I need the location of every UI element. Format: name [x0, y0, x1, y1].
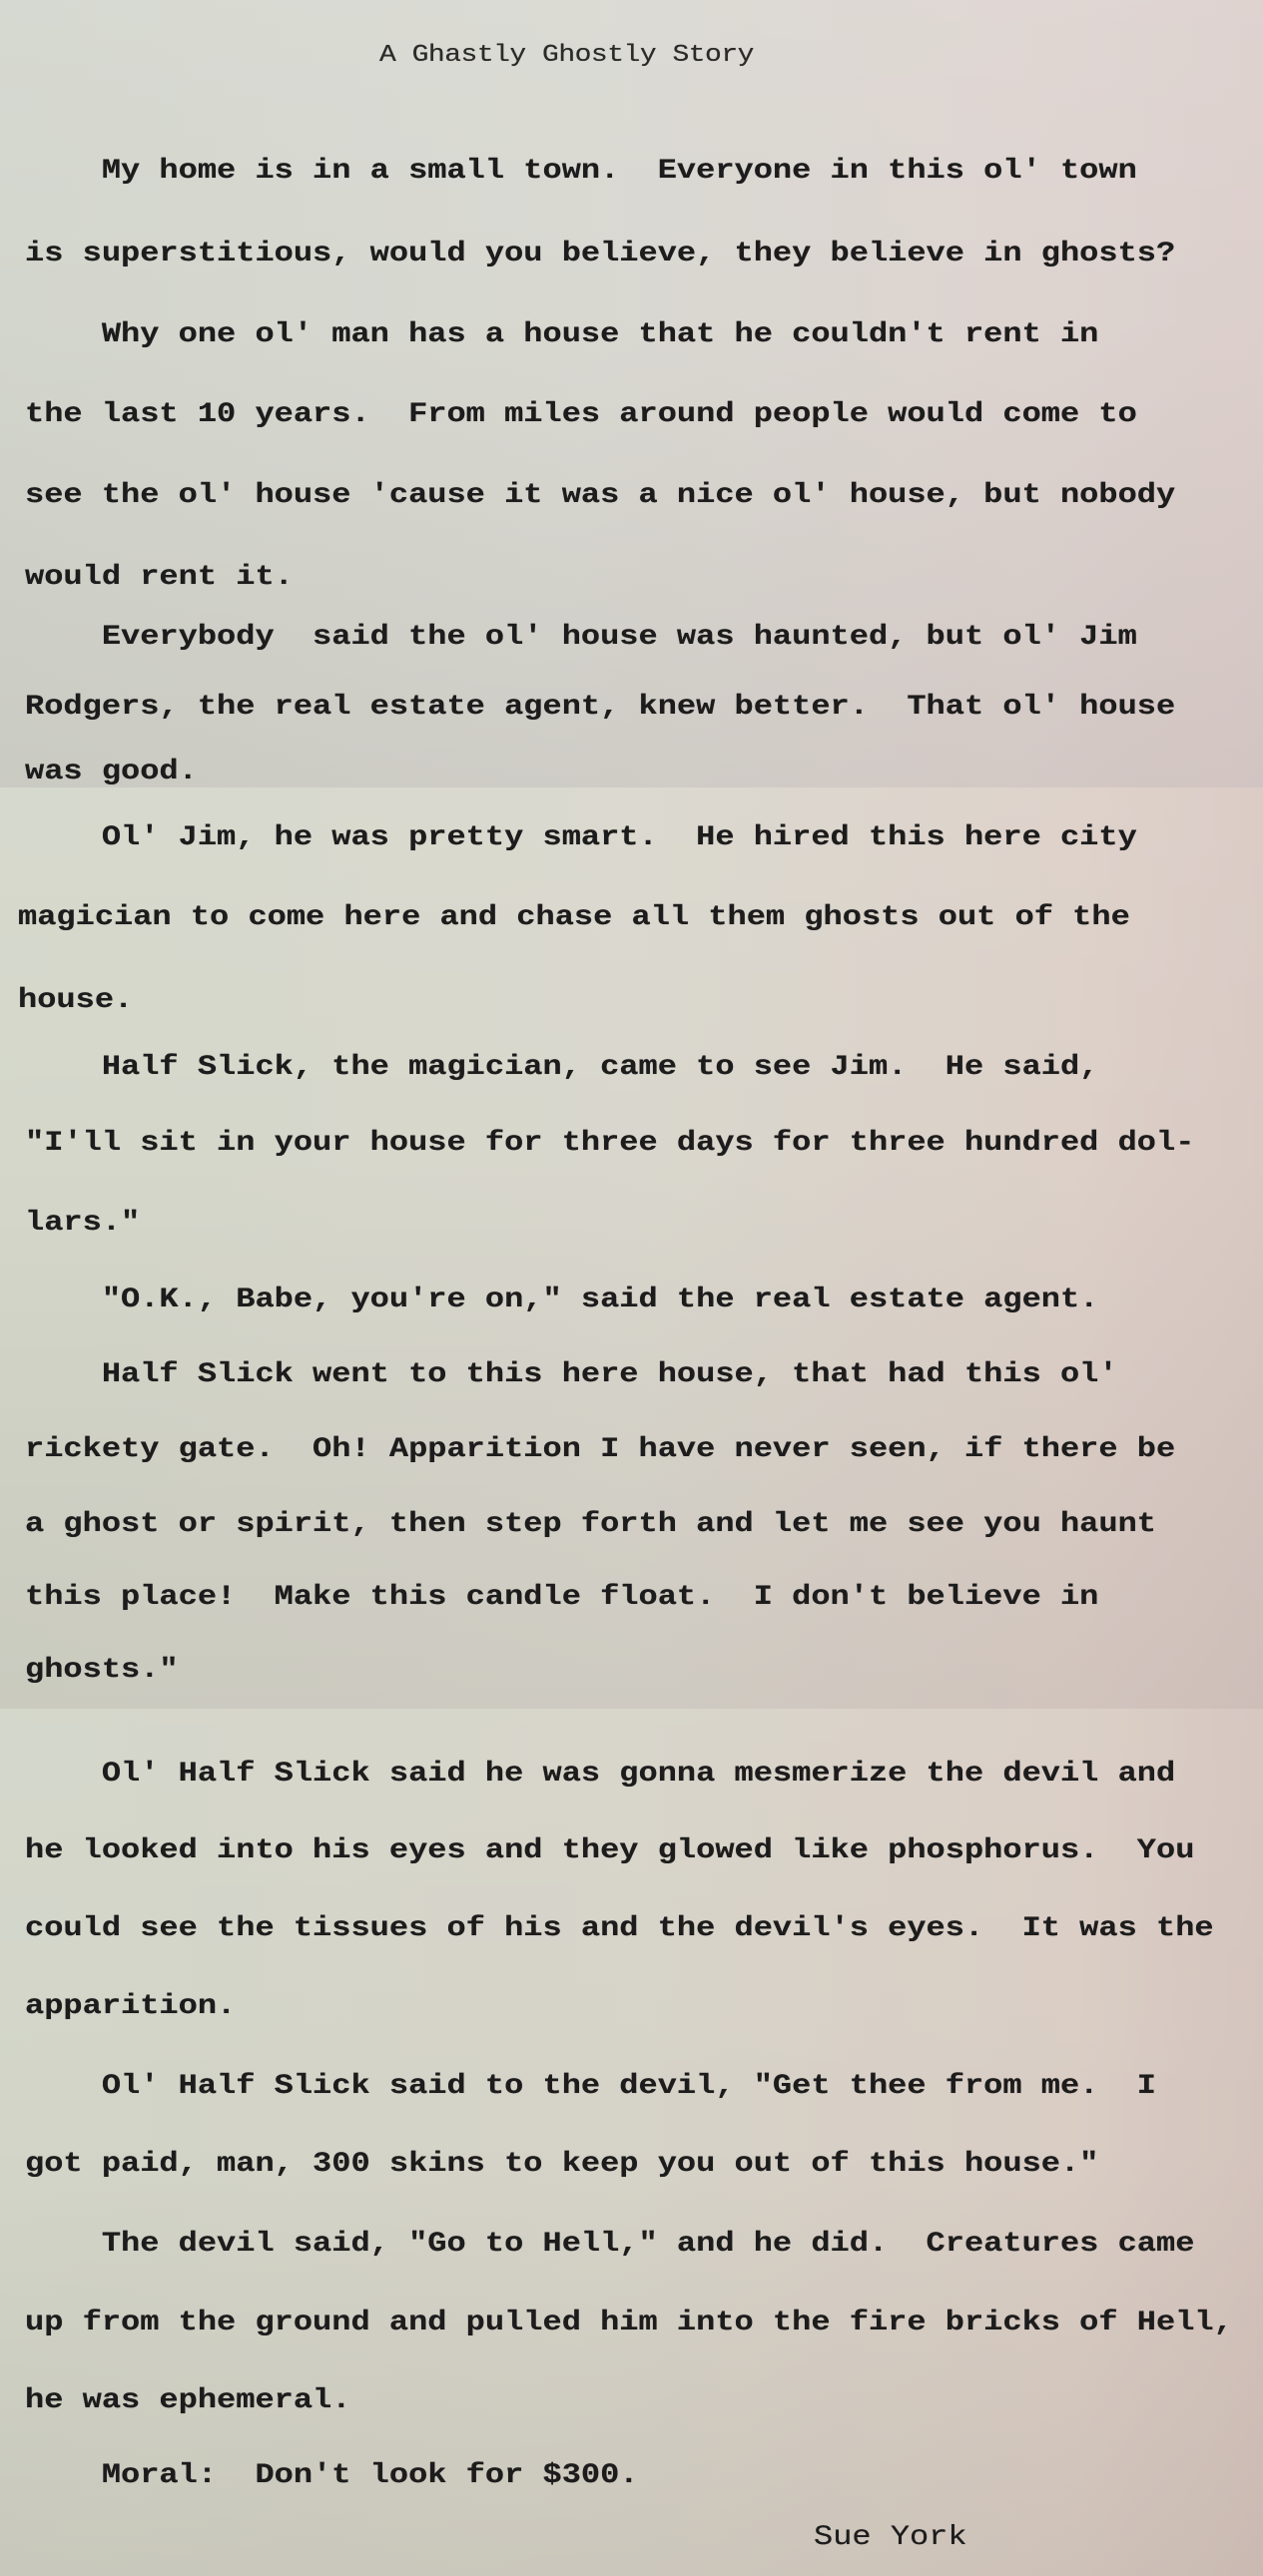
text-line: the last 10 years. From miles around peo…: [25, 399, 1137, 430]
text-line: "O.K., Babe, you're on," said the real e…: [25, 1285, 1098, 1315]
page-segment-2: Ol' Jim, he was pretty smart. He hired t…: [0, 787, 1263, 1709]
text-line: is superstitious, would you believe, the…: [25, 239, 1175, 269]
text-line: ghosts.": [25, 1655, 179, 1686]
page-segment-3: Ol' Half Slick said he was gonna mesmeri…: [0, 1709, 1263, 2576]
text-line: up from the ground and pulled him into t…: [25, 2308, 1233, 2338]
text-line: got paid, man, 300 skins to keep you out…: [25, 2149, 1098, 2180]
text-line: The devil said, "Go to Hell," and he did…: [25, 2229, 1194, 2260]
text-line: this place! Make this candle float. I do…: [25, 1582, 1098, 1613]
text-line: was good.: [25, 757, 198, 787]
text-line: Ol' Jim, he was pretty smart. He hired t…: [25, 822, 1137, 853]
text-line: lars.": [25, 1208, 140, 1239]
text-line: apparition.: [25, 1991, 236, 2022]
text-line: house.: [18, 985, 133, 1016]
text-line: "I'll sit in your house for three days f…: [25, 1128, 1194, 1159]
text-line: Rodgers, the real estate agent, knew bet…: [25, 692, 1175, 723]
text-line: Everybody said the ol' house was haunted…: [25, 622, 1137, 653]
page-segment-1: A Ghastly Ghostly Story My home is in a …: [0, 0, 1263, 787]
text-line: Ol' Half Slick said he was gonna mesmeri…: [25, 1759, 1175, 1790]
author-signature: Sue York: [814, 2522, 967, 2553]
text-line: a ghost or spirit, then step forth and l…: [25, 1509, 1156, 1540]
text-line: see the ol' house 'cause it was a nice o…: [25, 480, 1175, 511]
text-line: My home is in a small town. Everyone in …: [25, 156, 1137, 187]
text-line: Ol' Half Slick said to the devil, "Get t…: [25, 2071, 1156, 2102]
text-line: rickety gate. Oh! Apparition I have neve…: [25, 1434, 1175, 1465]
text-line: he looked into his eyes and they glowed …: [25, 1835, 1194, 1866]
text-line: magician to come here and chase all them…: [18, 902, 1130, 933]
text-line: would rent it.: [25, 562, 294, 593]
text-line: Moral: Don't look for $300.: [25, 2460, 639, 2491]
text-line: could see the tissues of his and the dev…: [25, 1913, 1214, 1944]
text-line: Half Slick went to this here house, that…: [25, 1359, 1118, 1390]
text-line: Why one ol' man has a house that he coul…: [25, 319, 1098, 350]
text-line: he was ephemeral.: [25, 2385, 350, 2416]
story-title: A Ghastly Ghostly Story: [379, 41, 754, 72]
text-line: Half Slick, the magician, came to see Ji…: [25, 1052, 1098, 1083]
